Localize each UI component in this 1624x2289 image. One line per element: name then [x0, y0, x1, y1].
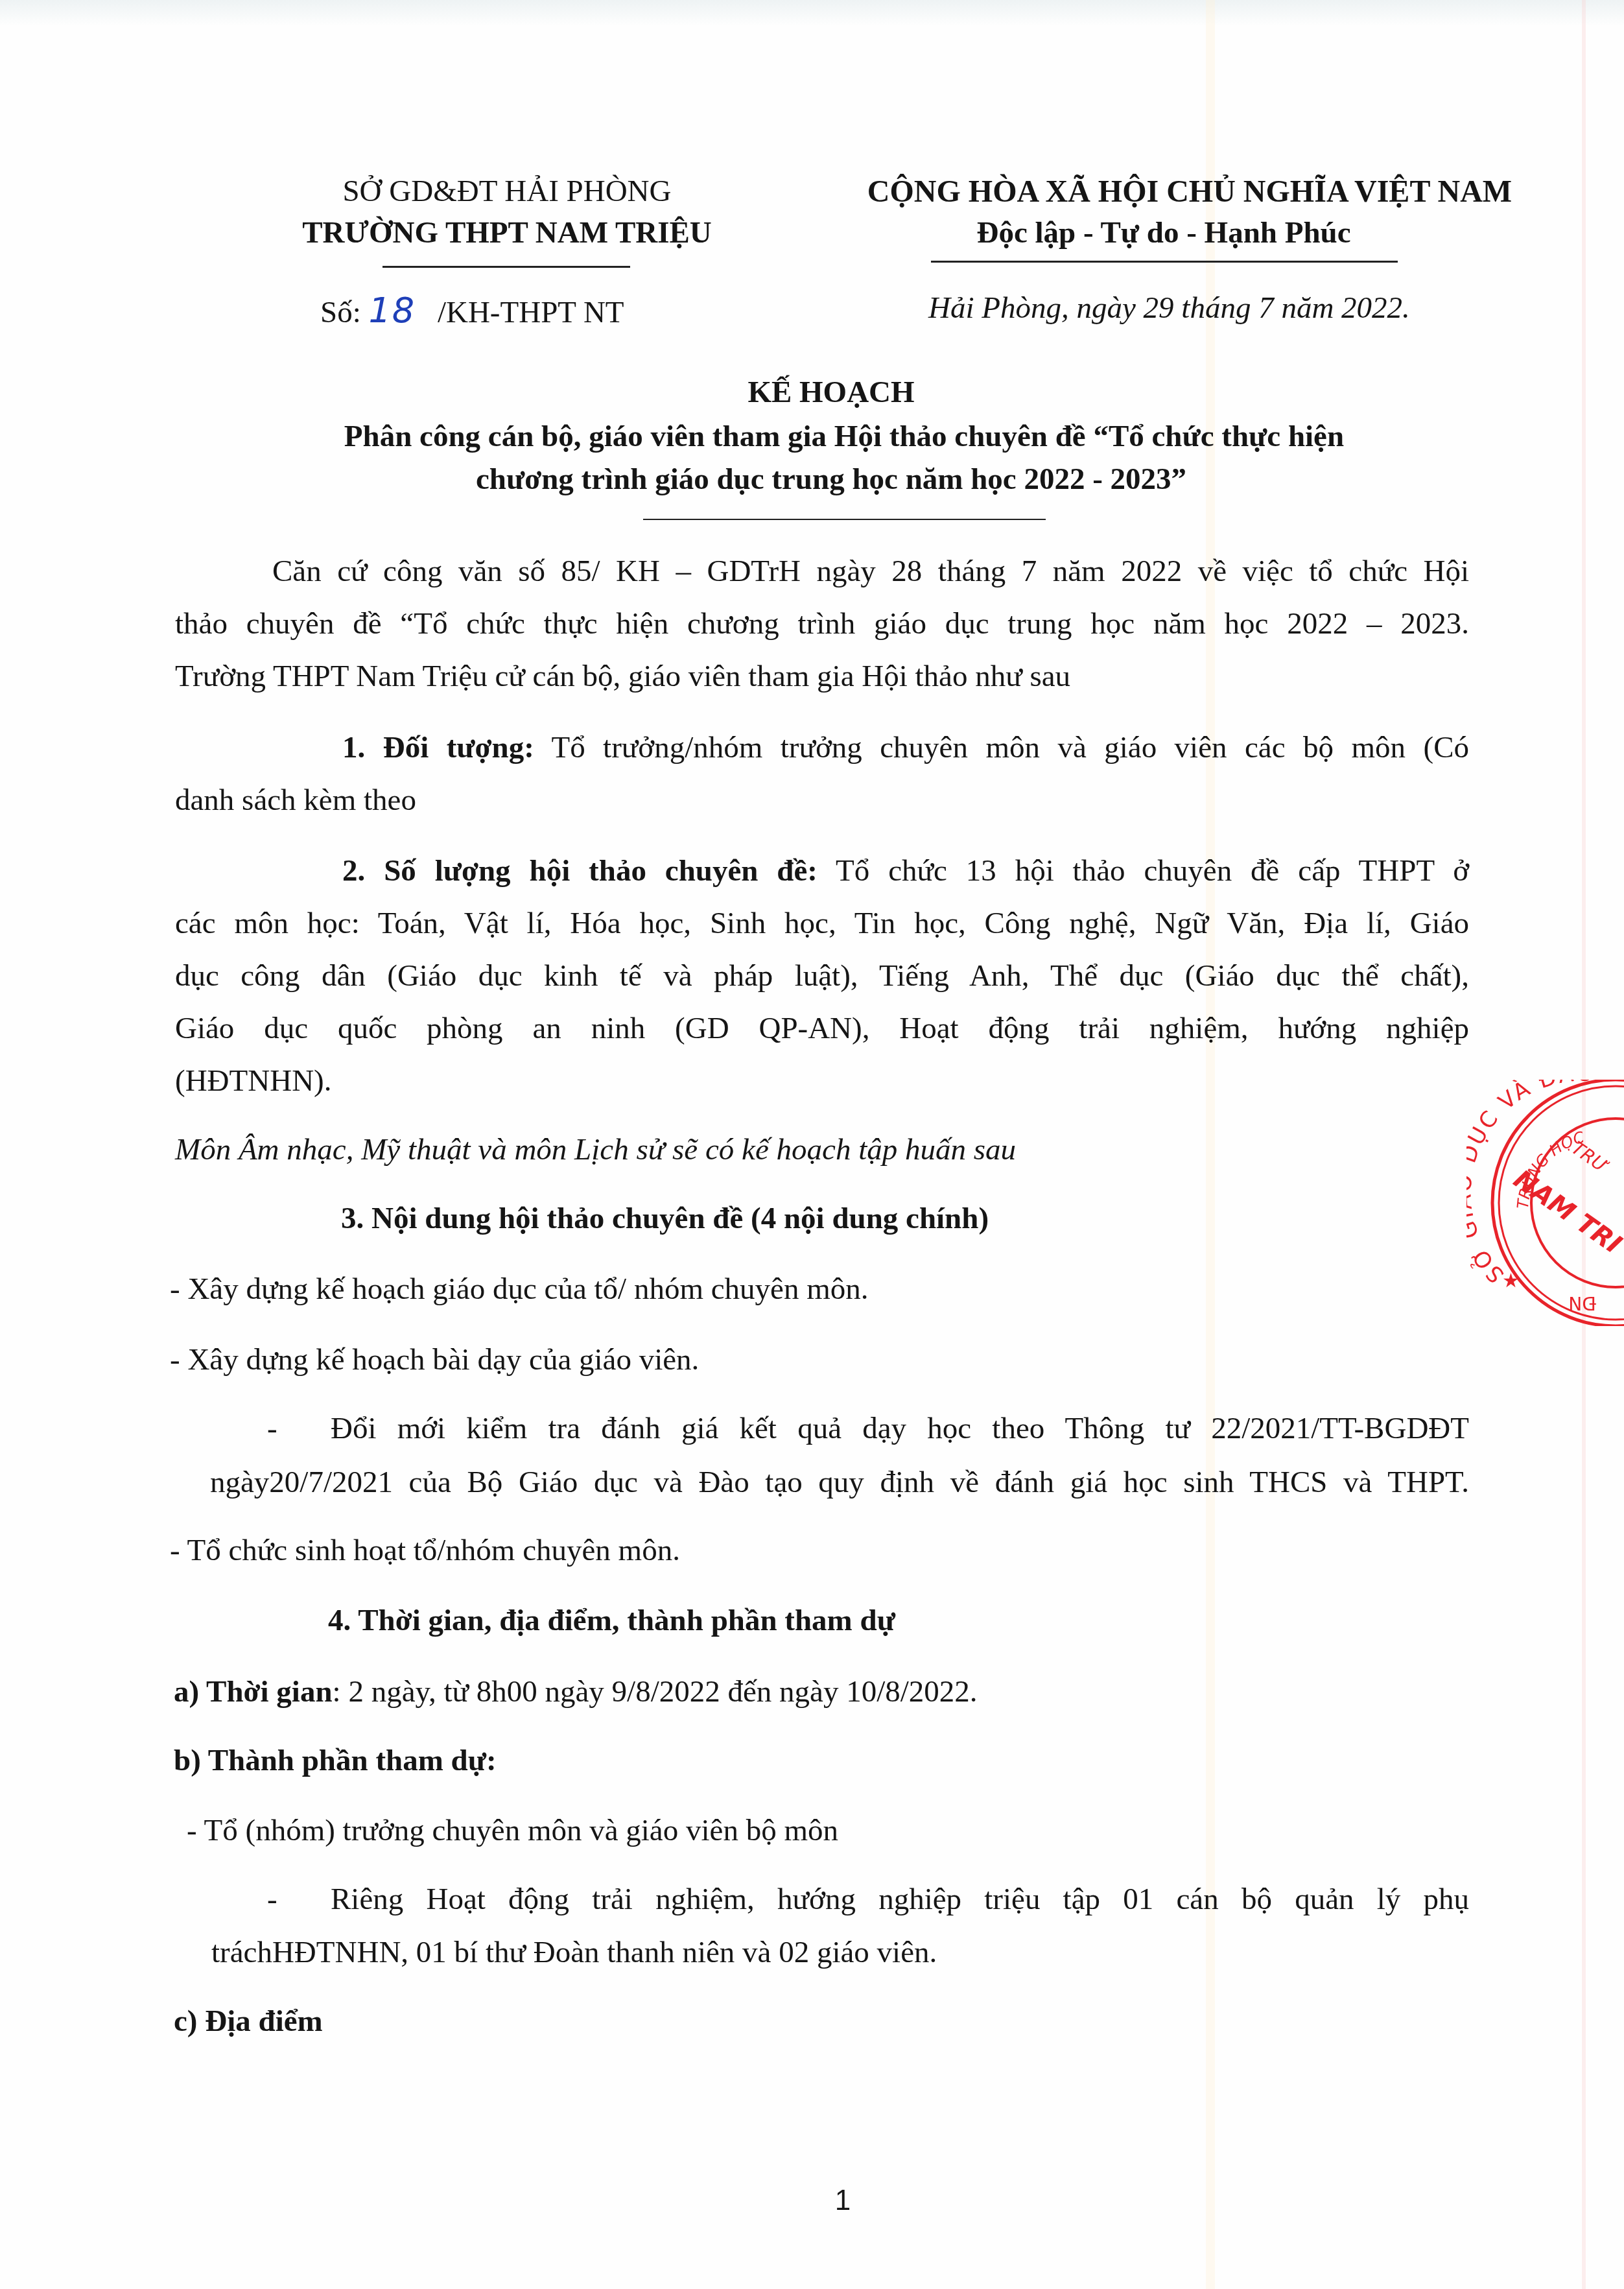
section2-note: Môn Âm nhạc, Mỹ thuật và môn Lịch sử sẽ … [175, 1135, 1016, 1165]
location-label: c) Địa điểm [174, 2006, 323, 2037]
section2-line5: (HĐTNHN). [175, 1066, 331, 1097]
section1-text: Tổ trưởng/nhóm trưởng chuyên môn và giáo… [534, 731, 1469, 765]
header-left-underline [382, 266, 630, 268]
official-seal: SỞ GIÁO DỤC VÀ ĐÀO TRUNG HỌC PH TRƯ NAM … [1466, 1080, 1624, 1326]
header-right-underline [931, 261, 1398, 263]
section2-line4: Giáo dục quốc phòng an ninh (GD QP-AN), … [175, 1014, 1469, 1044]
star-icon: ★ [1502, 1270, 1520, 1292]
participants-item2-line2: tráchHĐTNHN, 01 bí thư Đoàn thanh niên v… [211, 1938, 937, 1968]
handwritten-number: 18 [368, 290, 416, 331]
number-label: Số: [320, 296, 361, 329]
school-name: TRƯỜNG THPT NAM TRIỆU [302, 218, 712, 248]
place-date: Hải Phòng, ngày 29 tháng 7 năm 2022. [928, 293, 1410, 324]
national-motto: Độc lập - Tự do - Hạnh Phúc [976, 218, 1350, 248]
page-number: 1 [835, 2187, 851, 2215]
title-underline [643, 519, 1046, 520]
scan-artifact [0, 0, 1624, 26]
section3-item: - Xây dựng kế hoạch bài dạy của giáo viê… [170, 1345, 699, 1375]
agency-name: SỞ GD&ĐT HẢI PHÒNG [342, 176, 671, 207]
nation-name: CỘNG HÒA XÃ HỘI CHỦ NGHĨA VIỆT NAM [867, 176, 1512, 208]
section3-heading: 3. Nội dung hội thảo chuyên đề (4 nội du… [341, 1204, 989, 1234]
section3-item: - Tổ chức sinh hoạt tổ/nhóm chuyên môn. [170, 1536, 680, 1566]
time-value: : 2 ngày, từ 8h00 ngày 9/8/2022 đến ngày… [333, 1675, 978, 1709]
document-subtitle-line1: Phân công cán bộ, giáo viên tham gia Hội… [344, 421, 1344, 452]
section1-line1: 1. Đối tượng: Tổ trưởng/nhóm trưởng chuy… [342, 733, 1469, 763]
section1-line2: danh sách kèm theo [175, 785, 416, 816]
time-label: a) Thời gian [174, 1675, 333, 1709]
participants-item: - Tổ (nhóm) trưởng chuyên môn và giáo vi… [187, 1816, 838, 1846]
document-page: SỞ GD&ĐT HẢI PHÒNG TRƯỜNG THPT NAM TRIỆU… [0, 0, 1624, 2289]
section2-text: Tổ chức 13 hội thảo chuyên đề cấp THPT ở [818, 854, 1469, 888]
section2-line2: các môn học: Toán, Vật lí, Hóa học, Sinh… [175, 908, 1469, 939]
section4-heading: 4. Thời gian, địa điểm, thành phần tham … [328, 1606, 895, 1636]
section1-heading: 1. Đối tượng: [342, 731, 534, 765]
section2-line1: 2. Số lượng hội thảo chuyên đề: Tổ chức … [342, 856, 1469, 886]
number-suffix: /KH-THPT NT [438, 296, 624, 329]
section3-item3-bullet: - [267, 1414, 277, 1444]
intro-line: Trường THPT Nam Triệu cử cán bộ, giáo vi… [175, 661, 1070, 692]
section2-line3: dục công dân (Giáo dục kinh tế và pháp l… [175, 961, 1469, 991]
intro-line: Căn cứ công văn số 85/ KH – GDTrH ngày 2… [272, 556, 1469, 587]
document-number: Số: 18 /KH-THPT NT [320, 293, 624, 328]
seal-bottom-text: ĐN [1568, 1292, 1596, 1314]
participants-item2-line1: Riêng Hoạt động trải nghiệm, hướng nghiệ… [331, 1884, 1469, 1915]
section3-item: - Xây dựng kế hoạch giáo dục của tổ/ nhó… [170, 1274, 868, 1305]
participants-label: b) Thành phần tham dự: [174, 1746, 497, 1776]
scan-artifact [1206, 0, 1215, 2289]
section2-heading: 2. Số lượng hội thảo chuyên đề: [342, 854, 818, 888]
document-subtitle-line2: chương trình giáo dục trung học năm học … [476, 464, 1186, 495]
participants-item2-bullet: - [267, 1884, 277, 1915]
intro-line: thảo chuyên đề “Tổ chức thực hiện chương… [175, 609, 1469, 639]
document-type: KẾ HOẠCH [747, 377, 914, 408]
section3-item3-line1: Đổi mới kiểm tra đánh giá kết quả dạy họ… [331, 1414, 1469, 1444]
seal-center-text: NAM TRI [1508, 1165, 1624, 1260]
section3-item3-line2: ngày20/7/2021 của Bộ Giáo dục và Đào tạo… [210, 1467, 1469, 1498]
time-line: a) Thời gian: 2 ngày, từ 8h00 ngày 9/8/2… [174, 1677, 978, 1707]
